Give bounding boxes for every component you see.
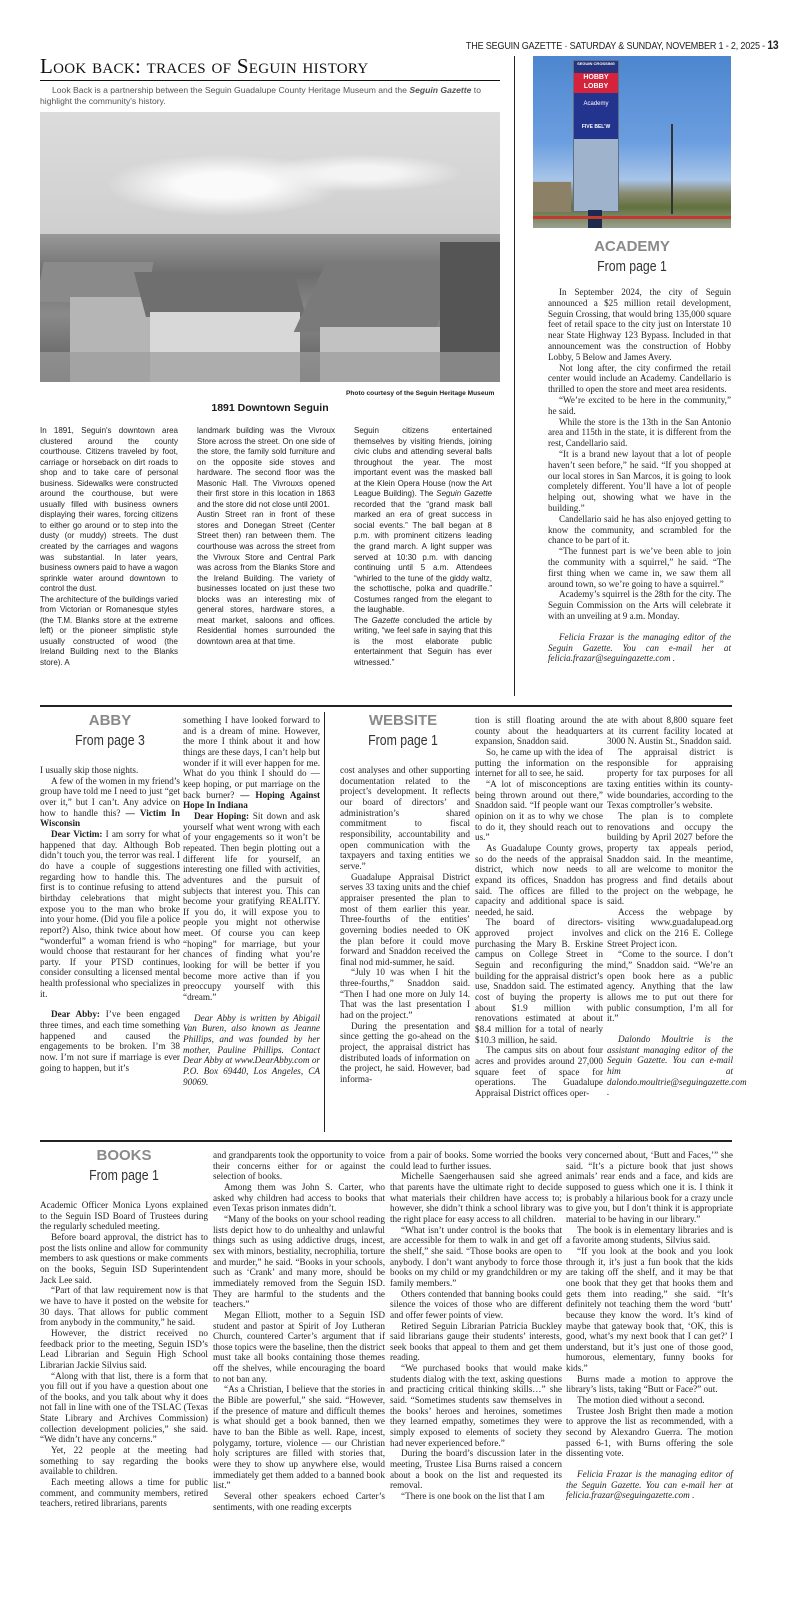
books-from-page: From page 1 [55,1167,193,1184]
academy-signoff: Felicia Frazar is the managing editor of… [548,632,731,664]
academy-kicker: ACADEMY [533,238,731,255]
page-number: 13 [767,38,778,52]
academy-from-page: From page 1 [551,258,713,275]
section-divider [40,705,732,707]
abby-column-2: something I have looked forward to and i… [183,715,320,1087]
page-folio: THE SEGUIN GAZETTE · SATURDAY & SUNDAY, … [465,38,778,52]
abby-column-1: I usually skip those nights. A few of th… [40,765,180,1073]
column-divider [324,712,325,1132]
website-column-3: ate with about 8,800 square feet at its … [607,715,733,1098]
books-column-4: very concerned about, ‘Butt and Faces,’”… [566,1150,733,1501]
historic-downtown-photo [40,112,500,382]
website-column-2: tion is still floating around the county… [475,715,603,1099]
paper-name: THE SEGUIN GAZETTE [465,40,561,52]
books-column-1: Academic Officer Monica Lyons explained … [40,1200,208,1509]
column-divider [514,56,515,696]
lookback-intro: Look Back is a partnership between the S… [40,85,500,107]
section-divider [40,1140,732,1142]
books-column-3: from a pair of books. Some worried the b… [390,1150,562,1502]
lookback-column-3: Seguin citizens entertained themselves b… [354,425,492,668]
issue-date: SATURDAY & SUNDAY, NOVEMBER 1 - 2, 2025 [569,40,759,52]
website-from-page: From page 1 [346,732,461,749]
books-column-2: and grandparents took the opportunity to… [213,1150,385,1512]
books-kicker: BOOKS [40,1147,208,1164]
abby-from-page: From page 3 [53,732,168,749]
abby-signoff: Dear Abby is written by Abigail Van Bure… [183,1013,320,1088]
website-signoff: Dalondo Moultrie is the assistant managi… [607,1034,733,1098]
photo-credit: Photo courtesy of the Seguin Heritage Mu… [346,390,494,397]
website-column-1: cost analyses and other supporting docum… [340,765,470,1085]
photo-caption: 1891 Downtown Seguin [40,402,500,414]
website-kicker: WEBSITE [333,712,473,729]
abby-kicker: ABBY [40,712,180,729]
seguin-crossing-sign-photo: SEGUIN CROSSING HOBBY LOBBY Academy FIVE… [533,56,731,228]
books-signoff: Felicia Frazar is the managing editor of… [566,1469,733,1501]
lookback-column-2: landmark building was the Vivroux Store … [197,425,335,646]
academy-story: In September 2024, the city of Seguin an… [548,287,731,664]
lookback-column-1: In 1891, Seguin's downtown area clustere… [40,425,178,668]
lookback-headline: Look back: traces of Seguin history [40,54,500,81]
